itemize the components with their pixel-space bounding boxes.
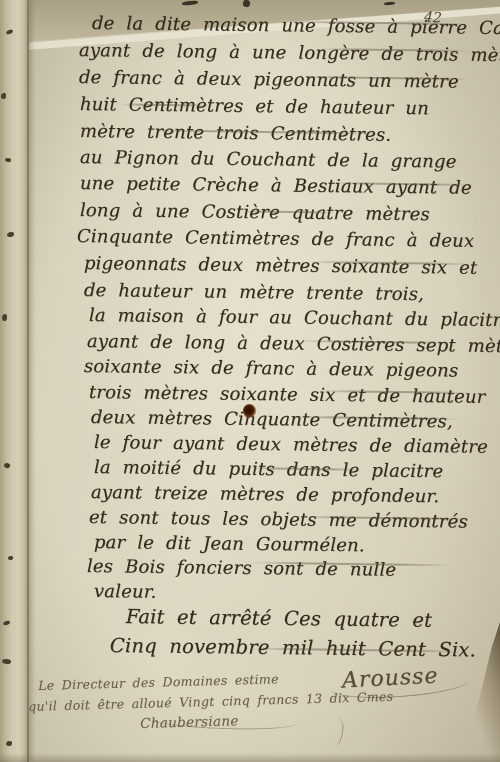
manuscript-line: la maison à four au Couchant du placitre (89, 306, 500, 331)
ink-speck (8, 556, 13, 560)
manuscript-line: ayant de long à deux Costières sept mètr… (87, 332, 500, 357)
manuscript-line: par le dit Jean Gourmélen. (94, 533, 365, 556)
bottom-edge-shadow (0, 753, 500, 762)
director-note-line: Le Directeur des Domaines estime (38, 671, 279, 693)
ink-blot (243, 404, 256, 418)
manuscript-line: huit Centimètres et de hauteur un (80, 95, 429, 119)
manuscript-line: la moitié du puits dans le placitre (94, 458, 444, 482)
ink-speck (1, 93, 6, 99)
ink-speck (2, 314, 7, 321)
manuscript-line: soixante six de franc à deux pigeons (84, 357, 459, 382)
manuscript-line: Fait et arrêté Ces quatre et (126, 607, 433, 631)
manuscript-line: Cinquante Centimètres de franc à deux (77, 227, 475, 252)
manuscript-page: 42 de la dite maison une fosse à pierre … (0, 0, 500, 762)
manuscript-line: le four ayant deux mètres de diamètre (94, 433, 488, 458)
manuscript-line: deux mètres Cinquante Centimètres, (91, 408, 453, 432)
manuscript-line: trois mètres soixante six et de hauteur (89, 383, 486, 408)
manuscript-line: ayant treize mètres de profondeur. (91, 483, 440, 507)
manuscript-line: au Pignon du Couchant de la grange (80, 148, 457, 173)
manuscript-line: une petite Crèche à Bestiaux ayant de (80, 174, 472, 199)
manuscript-line: ayant de long à une longère de trois mèt… (79, 41, 500, 67)
manuscript-line: long à une Costière quatre mètres (80, 201, 430, 225)
left-binding-edge (0, 0, 29, 762)
manuscript-line: les Bois fonciers sont de nulle (87, 557, 397, 581)
manuscript-line: de hauteur un mètre trente trois, (84, 281, 424, 305)
ink-speck (6, 741, 12, 746)
manuscript-line: pigeonnats deux mètres soixante six et (84, 254, 478, 279)
manuscript-line: et sont tous les objets me démontrés (89, 508, 468, 533)
flourish-tail (328, 717, 345, 747)
manuscript-line: de franc à deux pigeonnats un mètre (79, 68, 459, 93)
manuscript-line: valeur. (94, 582, 157, 603)
